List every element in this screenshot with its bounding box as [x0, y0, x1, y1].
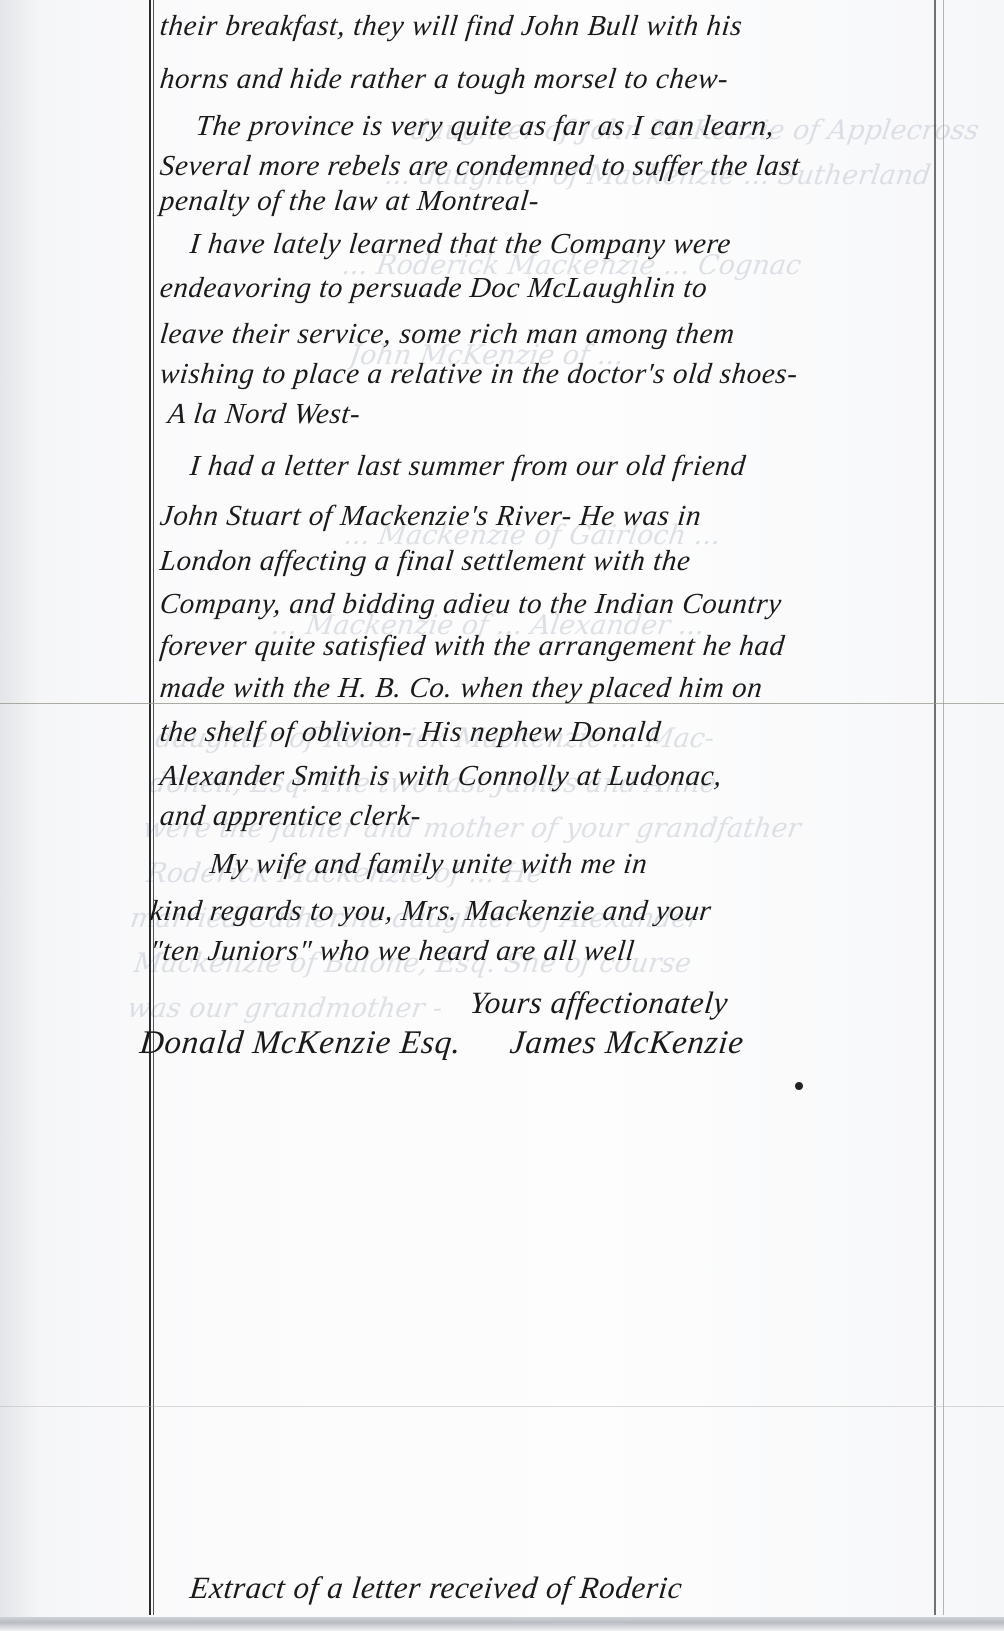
letter-line: their breakfast, they will find John Bul…: [158, 10, 744, 43]
addressee-name: Donald McKenzie Esq.: [138, 1025, 463, 1062]
letter-line: I had a letter last summer from our old …: [188, 450, 747, 483]
letter-line: Several more rebels are condemned to suf…: [158, 150, 802, 183]
paper-fold-crease-lower: [0, 1406, 1004, 1407]
right-margin-rule: [934, 0, 936, 1615]
letter-line: A la Nord West-: [166, 398, 362, 431]
letter-line: horns and hide rather a tough morsel to …: [158, 63, 730, 96]
letter-line: forever quite satisfied with the arrange…: [158, 630, 786, 663]
letter-line: Alexander Smith is with Connolly at Ludo…: [158, 760, 724, 793]
letter-line: and apprentice clerk-: [158, 800, 423, 833]
letter-line: My wife and family unite with me in: [208, 848, 649, 881]
next-extract-heading: Extract of a letter received of Roderic: [188, 1570, 684, 1606]
letter-line: penalty of the law at Montreal-: [158, 185, 541, 218]
left-margin-rule: [149, 0, 151, 1615]
letter-line: kind regards to you, Mrs. Mackenzie and …: [148, 895, 713, 928]
right-margin-rule-inner: [943, 0, 944, 1615]
left-margin-rule-inner: [153, 0, 154, 1615]
letter-line: John Stuart of Mackenzie's River- He was…: [158, 500, 703, 533]
letter-line: wishing to place a relative in the docto…: [158, 358, 799, 391]
letter-line: the shelf of oblivion- His nephew Donald: [158, 716, 662, 749]
scanned-letter-page: daughter of John McKenzie of Applecross …: [0, 0, 1004, 1631]
signature: James McKenzie: [508, 1025, 746, 1062]
letter-line: I have lately learned that the Company w…: [188, 228, 732, 261]
letter-line: made with the H. B. Co. when they placed…: [158, 672, 764, 705]
letter-line: Company, and bidding adieu to the Indian…: [158, 588, 783, 621]
letter-line: leave their service, some rich man among…: [158, 318, 736, 351]
letter-line: "ten Juniors" who we heard are all well: [148, 935, 636, 968]
letter-line: The province is very quite as far as I c…: [194, 110, 776, 143]
page-shadow: [0, 0, 40, 1631]
letter-line: endeavoring to persuade Doc McLaughlin t…: [158, 272, 709, 305]
letter-line: London affecting a final settlement with…: [158, 545, 692, 578]
letter-closing: Yours affectionately: [468, 985, 730, 1021]
ink-dot: [795, 1082, 803, 1090]
scanner-bottom-edge: [0, 1617, 1004, 1631]
